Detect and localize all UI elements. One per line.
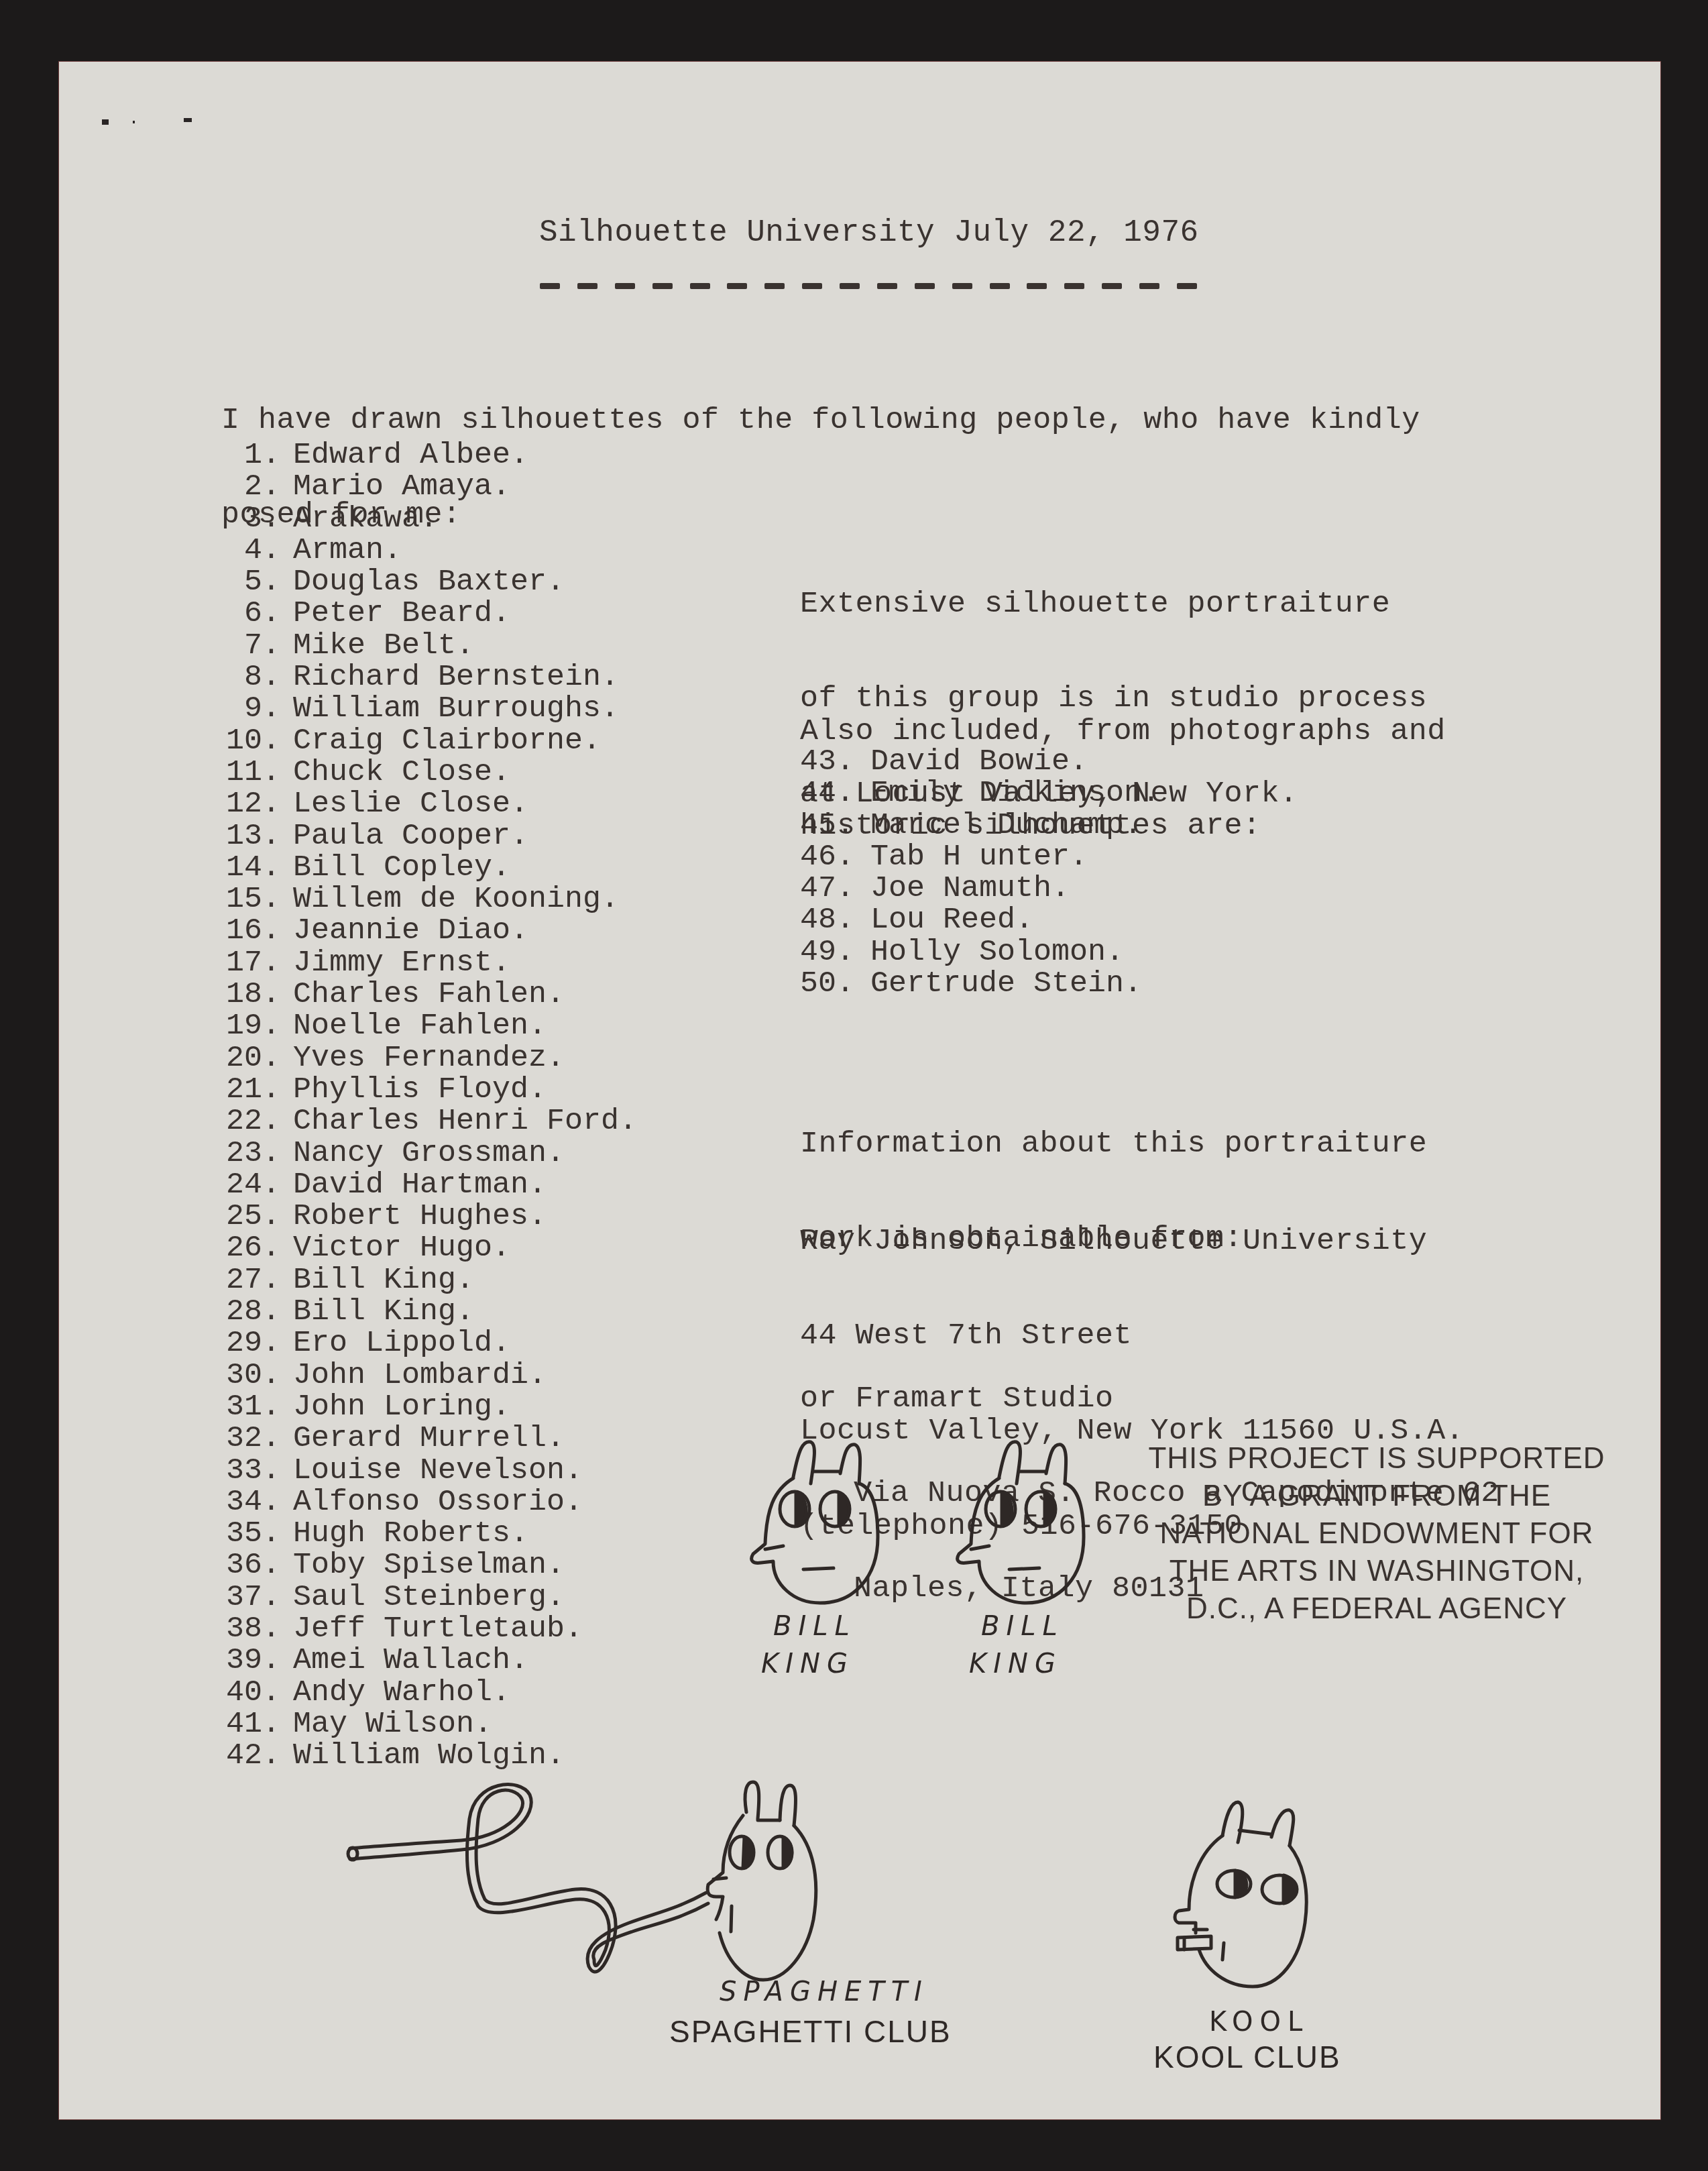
item-number: 22. <box>226 1105 280 1137</box>
item-number: 29. <box>226 1327 280 1359</box>
item-number: 9. <box>244 693 280 724</box>
address-line: Ray Johnson, Silhouette University <box>800 1225 1464 1257</box>
item-name: Tab H unter. <box>870 841 1088 873</box>
item-number: 49. <box>800 936 854 968</box>
kool-club-label: KOOL CLUB <box>1153 2039 1341 2075</box>
item-name: Hugh Roberts. <box>293 1518 528 1549</box>
item-number: 45. <box>800 810 854 841</box>
spaghetti-face-icon <box>341 1779 917 1993</box>
item-number: 31. <box>226 1391 280 1423</box>
item-name: Arakawa. <box>293 503 438 535</box>
item-name: Charles Henri Ford. <box>293 1105 637 1137</box>
grant-line: THE ARTS IN WASHINGTON, <box>1095 1553 1658 1590</box>
item-number: 8. <box>244 661 280 693</box>
intro-line: I have drawn silhouettes of the followin… <box>221 404 1420 436</box>
item-name: Mario Amaya. <box>293 471 510 502</box>
item-number: 20. <box>226 1042 280 1074</box>
item-name: Gertrude Stein. <box>870 968 1142 999</box>
item-name: Mike Belt. <box>293 630 474 661</box>
item-name: William Burroughs. <box>293 693 619 724</box>
spaghetti-club-label: SPAGHETTI CLUB <box>669 2013 952 2050</box>
bill-king-face-icon <box>746 1437 907 1611</box>
dashed-rule <box>540 283 1197 290</box>
item-name: Emily Dickinson. <box>870 777 1160 809</box>
stray-mark <box>133 121 135 123</box>
item-number: 30. <box>226 1359 280 1391</box>
label-line: BILL <box>773 1608 856 1645</box>
item-name: Noelle Fahlen. <box>293 1010 547 1042</box>
grant-line: D.C., A FEDERAL AGENCY <box>1095 1590 1658 1628</box>
item-number: 12. <box>226 788 280 820</box>
page-title: Silhouette University July 22, 1976 <box>539 217 1199 249</box>
item-name: Leslie Close. <box>293 788 528 820</box>
item-name: Jeff Turtletaub. <box>293 1613 583 1645</box>
item-name: Nancy Grossman. <box>293 1137 565 1169</box>
item-name: Louise Nevelson. <box>293 1455 583 1486</box>
item-name: Edward Albee. <box>293 439 528 471</box>
item-number: 47. <box>800 873 854 904</box>
item-number: 37. <box>226 1581 280 1613</box>
item-name: Chuck Close. <box>293 757 510 788</box>
item-name: Bill King. <box>293 1264 474 1296</box>
item-number: 39. <box>226 1645 280 1676</box>
item-name: Alfonso Ossorio. <box>293 1486 583 1518</box>
item-number: 17. <box>226 947 280 979</box>
item-number: 11. <box>226 757 280 788</box>
item-number: 46. <box>800 841 854 873</box>
address-line: or Framart Studio <box>800 1383 1499 1414</box>
item-name: Craig Clairborne. <box>293 725 601 757</box>
item-number: 41. <box>226 1708 280 1740</box>
item-name: Peter Beard. <box>293 598 510 629</box>
item-number: 33. <box>226 1455 280 1486</box>
item-name: Richard Bernstein. <box>293 661 619 693</box>
paragraph-line: Information about this portraiture <box>800 1128 1427 1160</box>
item-name: Ero Lippold. <box>293 1327 510 1359</box>
item-number: 4. <box>244 535 280 566</box>
item-name: Jeannie Diao. <box>293 915 528 946</box>
item-number: 24. <box>226 1169 280 1201</box>
paragraph-line: Extensive silhouette portraiture <box>800 588 1427 620</box>
item-number: 5. <box>244 566 280 598</box>
item-number: 40. <box>226 1677 280 1708</box>
item-name: Bill Copley. <box>293 852 510 883</box>
item-name: Gerard Murrell. <box>293 1423 565 1454</box>
item-name: Robert Hughes. <box>293 1201 547 1232</box>
item-number: 34. <box>226 1486 280 1518</box>
item-name: Yves Fernandez. <box>293 1042 565 1074</box>
stray-mark <box>184 118 192 122</box>
stray-mark <box>102 119 109 125</box>
item-number: 10. <box>226 725 280 757</box>
item-name: Lou Reed. <box>870 904 1033 936</box>
item-name: Andy Warhol. <box>293 1677 510 1708</box>
item-number: 14. <box>226 852 280 883</box>
item-number: 18. <box>226 979 280 1010</box>
item-number: 35. <box>226 1518 280 1549</box>
item-number: 26. <box>226 1232 280 1264</box>
item-number: 13. <box>226 820 280 852</box>
kool-hand-label: KOOL <box>1209 2007 1309 2038</box>
item-name: William Wolgin. <box>293 1740 565 1771</box>
item-number: 3. <box>244 503 280 535</box>
item-name: Paula Cooper. <box>293 820 528 852</box>
label-line: KING <box>969 1645 1064 1683</box>
item-name: Victor Hugo. <box>293 1232 510 1264</box>
letter-page: Silhouette University July 22, 1976 I ha… <box>59 62 1660 2119</box>
bill-king-label: BILL KING <box>773 1608 856 1683</box>
item-number: 38. <box>226 1613 280 1645</box>
item-number: 21. <box>226 1074 280 1105</box>
spaghetti-hand-label: SPAGHETTI <box>720 1977 929 2007</box>
item-name: John Loring. <box>293 1391 510 1423</box>
grant-line: NATIONAL ENDOWMENT FOR <box>1095 1515 1658 1553</box>
item-number: 48. <box>800 904 854 936</box>
bill-king-face-icon <box>952 1437 1113 1611</box>
item-number: 7. <box>244 630 280 661</box>
item-name: David Hartman. <box>293 1169 547 1201</box>
item-name: May Wilson. <box>293 1708 492 1740</box>
grant-line: THIS PROJECT IS SUPPORTED <box>1095 1440 1658 1478</box>
item-number: 32. <box>226 1423 280 1454</box>
item-name: Douglas Baxter. <box>293 566 565 598</box>
item-name: Jimmy Ernst. <box>293 947 510 979</box>
item-name: Joe Namuth. <box>870 873 1070 904</box>
item-number: 25. <box>226 1201 280 1232</box>
item-name: Arman. <box>293 535 402 566</box>
label-line: KING <box>761 1645 856 1683</box>
label-line: BILL <box>981 1608 1064 1645</box>
item-number: 44. <box>800 777 854 809</box>
item-number: 1. <box>244 439 280 471</box>
item-name: David Bowie. <box>870 746 1088 777</box>
item-name: Holly Solomon. <box>870 936 1124 968</box>
item-number: 27. <box>226 1264 280 1296</box>
item-number: 28. <box>226 1296 280 1327</box>
item-number: 6. <box>244 598 280 629</box>
paragraph-line: Also included, from photographs and <box>800 716 1446 747</box>
grant-line: BY A GRANT FROM THE <box>1095 1478 1658 1515</box>
item-name: Toby Spiselman. <box>293 1549 565 1581</box>
kool-face-icon <box>1159 1795 1347 1997</box>
item-number: 36. <box>226 1549 280 1581</box>
item-name: Willem de Kooning. <box>293 883 619 915</box>
item-number: 23. <box>226 1137 280 1169</box>
item-number: 19. <box>226 1010 280 1042</box>
item-name: Bill King. <box>293 1296 474 1327</box>
item-number: 43. <box>800 746 854 777</box>
item-name: Amei Wallach. <box>293 1645 528 1676</box>
grant-notice: THIS PROJECT IS SUPPORTED BY A GRANT FRO… <box>1095 1440 1658 1628</box>
item-name: Phyllis Floyd. <box>293 1074 547 1105</box>
item-number: 42. <box>226 1740 280 1771</box>
item-number: 50. <box>800 968 854 999</box>
item-name: Charles Fahlen. <box>293 979 565 1010</box>
item-number: 15. <box>226 883 280 915</box>
item-number: 16. <box>226 915 280 946</box>
item-name: John Lombardi. <box>293 1359 547 1391</box>
item-name: Marcel Duchamp. <box>870 810 1142 841</box>
item-name: Saul Steinberg. <box>293 1581 565 1613</box>
bill-king-label: BILL KING <box>981 1608 1064 1683</box>
item-number: 2. <box>244 471 280 502</box>
